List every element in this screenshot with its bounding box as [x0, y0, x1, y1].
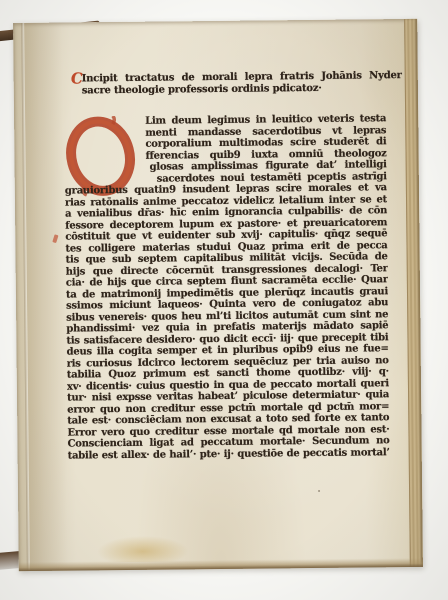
body-lines: Lim deum legimus in leuitico veteris tes… [64, 113, 390, 461]
fore-edge [404, 19, 423, 567]
incipit-line-2: sacre theologie professoris ordinis pdic… [82, 82, 402, 97]
foxing-speck [318, 490, 320, 492]
paper-stain [97, 535, 189, 562]
bottom-page-edge [19, 558, 423, 571]
book-page: C Incipit tractatus de morali lepra frat… [13, 19, 423, 571]
gutter-shadow [24, 23, 68, 571]
incipit-heading: Incipit tractatus de morali lepra fratri… [82, 70, 402, 97]
photo-of-incunable-page: { "colors": { "paper": "#e9e2cf", "ink":… [0, 0, 448, 600]
